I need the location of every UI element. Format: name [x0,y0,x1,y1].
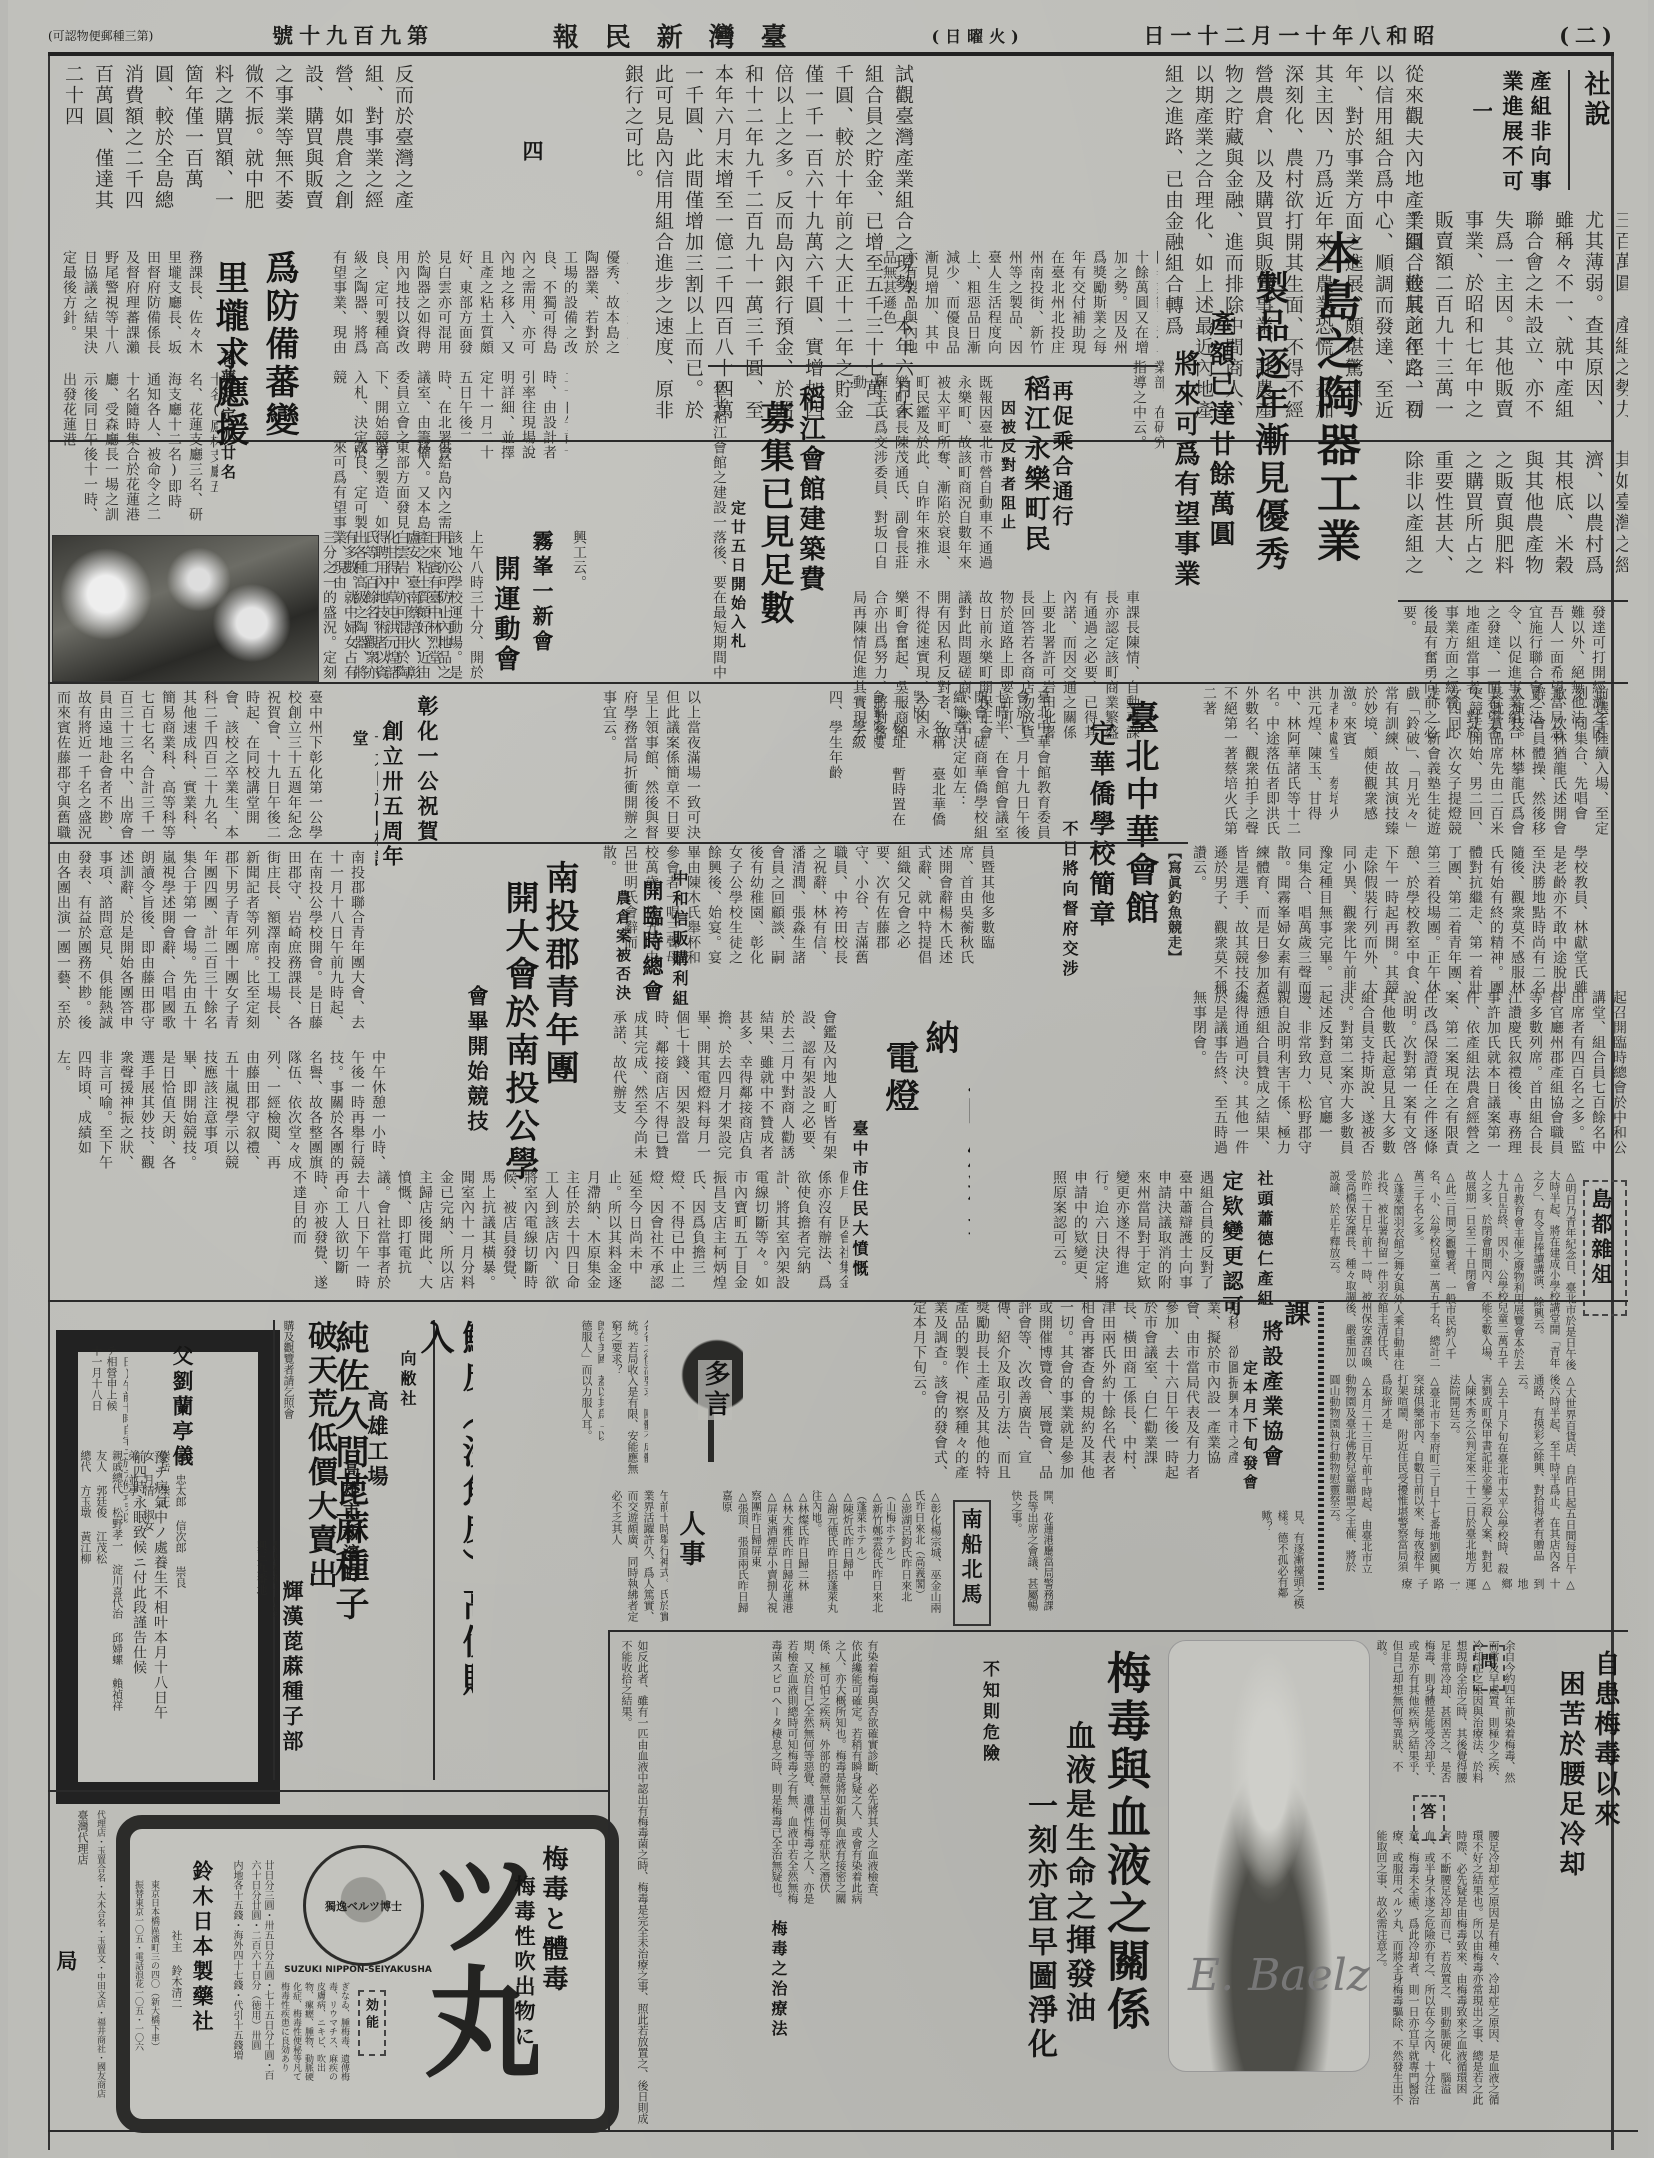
news-item: △臺北市下奎府町三丁目十七番地劉國興突球倶樂部內、自數日前以來、每夜殺牛打架喧鬧… [1378,1374,1442,1574]
ship-item: △謝元德氏昨日搭蓬萊丸往內地。 [813,1490,840,1620]
divider [708,365,1158,367]
syphilis-treatment-label: 梅毒之治療法 [768,1920,828,2040]
belz-price: 廿日分三圓・卅五日分五圓・七十五日分十圓・百六十日分廿圓・二百六十日分（徳用）卅… [248,1860,276,2080]
nantou-body-2: 中午休憩一小時、午後一時再舉行競技。事關於各團的名譽、故各整團旗隊伍、依次堂々成… [52,1050,452,1170]
tainan-body: 臺南市勸業課、近鑑時勢之推移、欲圖振興本市之產業、擬於市內設一產業協會、由市當局… [908,1300,1238,1490]
daojiang-body-1: 臺北稻江會館之建設一落後、要在最短期間中 [708,380,730,680]
belz-shipping: 内地各十五錢・海外四十七錢・代引十五錢増 [230,1860,246,2080]
editorial-section-one: 一 [1468,100,1492,140]
belz-local-agent: 臺中市 近田藥局 [52,1950,78,2140]
belz-phone: 振替東京一〇五・電話浪花一〇五・一〇六 [132,1880,148,2080]
ship-item: △林大雅氏昨日歸花蓮港 [781,1490,795,1620]
weekday: (日曜火) [932,24,1025,47]
news-item: △蓬萊閣羽衣館之舞女與外人乘自動車往北投、被北署拘留一件羽衣館主清任氏、於昨二十… [1326,1170,1406,1370]
daojiang-body-2: 費、尚不足五千圓在仰稻江有志之寄附、現由籌備委員之努力、及有志之勇躍寄附、已超過… [328,370,568,460]
farm-coop-body: 海山郡中和庄中和信用販賣購買利用組合爲定款變更、於去十八日午後二時起召開臨時總會… [1188,990,1628,1160]
wufeng-body: 大屯郡霧峯一新會第二回運動會、於去十九日上午八時三十分、開於該地公學校運動場。是… [318,530,483,680]
qa-headline: 自患梅毒以來 [1588,1650,1633,1850]
small-notes-3: 全島警察對於不景氣之改良策、於臺北州會議室召開、花蓮港廳當局警務課長等出席之會議… [1008,1490,1053,1620]
fish-skin-address: 高雄市新濱町 [338,1460,362,1640]
lighting-body: 臺中市內本島人町前沒有架設照明燈、商工協會鑑及內地人町皆有架設、認有架設之必要、… [608,1010,838,1160]
belz-seller: 鈴木日本製藥社 [188,1860,223,2080]
ship-news-label: 南船北馬 [953,1500,991,1626]
news-item: △山砲隊除隊兵百二十八名、於昨日午前十一時五十分、臺北驛發之列車、歸內地到驛歡送… [1498,1578,1578,1590]
divider [608,1630,1628,1632]
divider [1398,600,1628,602]
editorial-body-2: 分之一、再較於製糖會社之九百萬圓、農會之三百萬圓、產組之勢力尤其薄弱。查其原因、… [1398,210,1628,435]
daojiang-deck: 定廿五日開始入札 [728,500,752,700]
ship-item: △屏東酒煙草小賣捌人視察團昨日歸屏東 [752,1490,779,1620]
xiaoshan-body: 既報員林郡社頭蕭德仁土地利用販賣購買組合的定欵變更一案、去四月廿七日臨時總會、組… [1048,1170,1218,1300]
lighting-subhead: 會社切斷室內電燈 [878,1040,923,1290]
masthead: (可認物便郵種三第) 號十九百九第 報民新灣臺 (日曜火) 日一十二月一十年八和… [48,18,1618,52]
belz-seal-caption: SUZUKI NIPPON-SEIYAKUSHA [283,1965,433,1979]
seeds-seller: 輝漢萞蔴種子部 [278,1580,308,1780]
pottery-deck-2: 將來可爲有望事業 [1168,350,1208,680]
divider [1568,70,1570,190]
belz-tagline-2: 梅毒性吹出物に [510,1875,540,2075]
news-item: △明日乃青年紀念日、臺北市於是日午後大時半起、將在建成小學校講堂開「青年之夕」、… [1530,1170,1578,1370]
chinese-school-headline: 臺北中華會館 [1118,700,1168,960]
belz-efficacy: 梅毒、體毒、痔瘻、横痃、しつ瘡、ひぜ瘡、せぎなゐ、腫梅毒、遺傳梅毒、リウマチス、… [278,1982,353,2087]
bottom-rule [48,2130,1638,2132]
nantou-deck: 會畢開始競技 [463,985,493,1165]
section-divider [48,682,1628,684]
editorial-section-four: 四 [518,140,548,180]
wufeng-body-3: 提議競走四百米突、參加者林獻堂、蔡培火、洪元煌、陳玉、甘得中、林阿華諸氏等十二名… [1198,686,1338,836]
ship-item: △彰化楊宗城、巫金山兩氏昨日來北（高義閣） [916,1490,943,1620]
baelz-portrait [1168,1640,1370,2072]
pottery-headline: 本島之陶器工業 [1308,230,1388,660]
belz-efficacy-label: 効能 [358,1990,386,2056]
news-item: △去十月下旬在臺北市太平公學校時、殺害劉成町保甲書記莊金鑾之殺人案、對犯人陳木秀… [1446,1374,1510,1574]
nantou-headline: 南投郡青年團 [538,860,590,1200]
nantou-subhead: 開大會於南投公學 [498,880,543,1210]
belz-agents: 代理店・玉置合名・大木合名・玉置文・中田文店・福井商社・國友商店 [94,1810,112,2110]
item: 一、名稱 臺北華僑學校 [914,690,948,840]
dotted-rule [1318,1300,1324,1590]
island-news-label: 島都雜俎 [1583,1180,1627,1316]
news-item: △本月二十三日午前十時起、由臺北市立動物園及臺北佛教兒童聯盟之主催、將於圓山動物… [1326,1374,1374,1574]
editorial-body-3: 六十八萬、進步雖速、總額仍不多。總而言之、產組向事業之經營、因現在尚未開始之餘地… [1398,450,1628,590]
ship-item: △林燦氏昨日歸二林 [797,1490,811,1620]
news-item: △此三日間之觀覽者、一般市民約八千名、小、公學校兒童一萬五千名、總計二萬三千名之… [1410,1170,1458,1370]
yongle-body-1: 既報因臺北市營自動車不通過永樂町、故該町商況自數年來被太平町所奪、漸陷於衰退、町… [848,375,993,575]
item: 四、學生年齡 [828,690,845,840]
pottery-body-2: 中央研究所工業部、在研究指導之中云。 [1128,360,1164,460]
syphilis-body: 有染着梅毒與否欲確實診斷、必先將其人之血液檢查、依此纔能可確定。若稍有瞬身疑之人… [768,1640,973,1910]
chinese-school-subhead: 定華僑學校簡章 [1083,720,1123,980]
seeds-address: 豐原郡潭子庄聚興三九番地 [253,1540,277,1620]
ship-item: △新竹鄭雲從氏昨日來北（蓬萊ホテル） [857,1490,884,1620]
ship-item: △張頂、張頂兩氏昨日歸嘉原 [723,1490,750,1620]
wufeng-body-5: 學校教員、林獻堂氏雖是老齡亦不敢中途脫出至決勝地點時尚有二名隨後、觀衆莫不感服林… [1338,845,1628,995]
chinese-school-items: 一、名稱 臺北華僑學校 二、校址 暫時置在會館後樓 三、學級 四、學生年齡 [828,690,948,840]
hualien-deck: 花蓮決定派廿名 [218,350,244,490]
farm-coop-deck: 農倉案被否決 [613,890,637,1030]
personnel-item: △板橋街望族實業家劉蘭亭氏、爲宿痾喘息症、於去十八日逝世、享壽四十歲、現停柩在宅… [608,1490,668,1625]
divider [48,1790,608,1792]
belz-address: 東京日本橋區濱町三の四〇（新大橋下車） [148,1880,166,2080]
personnel-list: △板橋街望族實業家劉蘭亭氏、爲宿痾喘息症、於去十八日逝世、享壽四十歲、現停柩在宅… [608,1490,668,1625]
item: 三、學級 [851,690,868,840]
seeds-body: 最適於本島氣候成績優良之佐久間種低價分讓希望代購及觀覽者請乞照會 [280,1320,298,1580]
page-number: (二) [1559,20,1618,50]
ship-news-list: △彰化楊宗城、巫金山兩氏昨日來北（高義閣） △澎湖呂鈞氏昨日來北（山梅ホテル） … [723,1490,943,1620]
syphilis-headline: 梅毒與血液之關係 [1098,1650,1158,2070]
mourning-relatives: 男 忠太郎 信次郎 崇良 崇岳 崇正 女 月清 淑女 弟 並亭 親戚總代 松野孝… [78,1450,188,1740]
tainan-subhead: 將設產業協會 [1258,1320,1288,1490]
pottery-deck-1: 產額已達廿餘萬圓 [1203,310,1245,670]
island-news-list: △明日乃青年紀念日、臺北市於是日午後大時半起、將在建成小學校講堂開「青年之夕」、… [1288,1170,1578,1590]
lighting-deck: 臺中市住民大憤慨 [848,1120,876,1290]
yongle-subhead: 再促乘合通行 [1048,380,1084,580]
editorial-body-6: 反而於臺灣之產組、對事業之經營、如農倉之創設、購買與販賣之事業等無不萎微不振。就… [58,64,508,224]
pottery-body-3: 的陶器、北投庄、爲一般所賞優秀、故本島之陶器業、若對於工場的設備之改良、不獨可得… [328,250,628,365]
divider [48,842,1188,844]
daojiang-headline: 稻江會館建築費 [793,385,843,685]
wufeng-body-2: 前選手陸續入場、至定刻一同集合、先唱會歌、次林猶龍氏述開會辭、會員體操、然後移入… [1338,686,1628,836]
editorial-title: 產組非向事業進展不可 [1498,70,1564,210]
chinese-school-intro: 臺北中華會館教育委員會於十一月十九日午後七時半、在會館會議室開會、磋商華僑學校組… [948,690,1058,840]
pottery-body-1: 本島之陶器、年約消費百五十餘萬圓、其中多分是由內地移入的、每年由中國輸入約十餘萬… [878,250,1158,355]
lighting-body-2: 提出中止申込書。會社雖接其通知、亦不肯准其中止、所以料金滯納有三個月。因會社集金… [288,1170,848,1295]
syphilis-deck: 一刻亦宜早圖淨化 [1018,1790,1060,2140]
divider [608,1630,610,2130]
wufeng-body-4: 豫定種目無事完畢。一同集合、唱萬歲三聲而散。聞霧峯婦女素有訓練體育、而是日參加者… [1188,845,1338,995]
belz-owner: 社主 鈴木清二 [168,1930,186,2080]
ornament-label: 多言 [698,1360,738,1470]
photo-fishing-race [52,535,319,682]
fish-skin-company: 合同水產工業株式會社 高雄工場 [363,1390,393,1650]
belz-tagline-1: 梅毒と體毒 [536,1845,576,2065]
daojiang-body-3: 興工云。 [568,530,592,610]
syphilis-subhead: 血液是生命之揮發油 [1056,1720,1101,2140]
hualien-headline: 爲防備蕃變 [258,250,318,450]
hualien-body-3: 是以花蓮港廳警務課同日午後五時決定派遣二十名(鳳林支廳五名、花蓮支廳三名、研海支… [58,372,218,522]
news-item: △大世界百貨店、自昨日起五日間每日午後六時半起、至十時半爲止、在其店內各通路、有… [1514,1374,1578,1574]
yongle-deck: 因被反對者阻止 [998,400,1026,560]
personnel-label: 人事 [673,1510,713,1630]
newspaper-page: (可認物便郵種三第) 號十九百九第 報民新灣臺 (日曜火) 日一十二月一十年八和… [8,0,1648,2158]
farm-coop-subhead: 開臨時總會 [638,880,668,1020]
chinese-school-closing: 以上當夜滿場一致可決但此議案係簡章不日要呈上領事館、然後與督府學務當局折衝開辦之… [598,690,708,840]
news-item: △市教育會主催之廢物利用展覽會本於去十九日告終、因小、公學校兒童二萬五千人之多、… [1462,1170,1526,1370]
section-divider [48,1300,1628,1302]
tainan-deck: 定本月下旬發會 [1240,1360,1262,1510]
fish-skin-sub: ◎特約店募集委細請向敝社 [396,1350,420,1550]
belz-portrait-seal: 獨逸ベルツ博士 [303,1845,424,1966]
pottery-subhead: 製品逐年漸見優秀 [1248,270,1308,670]
portrait-signature: E. Baelz [1188,1950,1370,2001]
farm-coop-headline: 中和信販購利組 [668,870,694,1010]
issue-number: 號十九百九第 [272,20,434,50]
qa-answer: 腰足冷却症之原因是有種々、冷却症之原因、是血液之循環不好之結果也。所以由梅毒亦常… [1373,1830,1628,2110]
ship-item: △陳炘氏昨日歸中 [842,1490,856,1620]
postal-note: (可認物便郵種三第) [48,27,153,44]
ship-item: △澎湖呂鈞氏昨日來北（山梅ホテル） [887,1490,914,1620]
changhua-body: 臺中州下彰化第一公學校創立三十五週年紀念祝賀會、十九日午後二時起、在同校講堂開會… [52,690,342,840]
mourning-date: 十一月十八日 [88,1345,104,1445]
fish-skin-headline: 鱶皮（沙魚皮）高價購入 [413,1320,473,1720]
small-notes-2: 要因斯坦博士前往德國、旣在美國、蓋以其爲「以德服人」而以力服人耳。 [578,1320,604,1450]
wufeng-subhead: 開運動會 [488,555,528,685]
issue-date: 日一十二月一十年八和昭 [1143,20,1440,50]
chinese-school-deck: 不日將向督府交涉 [1058,820,1082,990]
hualien-body-1: 關於襲擊臺東廳里壠支廳逢坂駐在所之兇行蕃人今後之膺懲方針、淺野臺東警務課長、佐々… [58,250,208,360]
newspaper-title: 報民新灣臺 [553,17,813,54]
syphilis-warning-label: 不知則危險 [978,1660,1008,1770]
nantou-body: 南投郡聯合青年團大會、去十一月十八日午前九時起、在南投公學校開會。是日藤田郡守、… [52,850,452,1040]
editorial-label: 社說 [1578,70,1628,190]
xiaoshan-headline: 社頭蕭德仁產組 [1253,1170,1279,1340]
qa-question: 余自今約四年前染着梅毒、然而當及早處置、則極少之疾、冷却症之原因與治療法、於料想… [1373,1640,1543,1790]
daojiang-subhead: 募集已見足數 [753,400,798,700]
belz-local-agent-label: 臺灣代理店 [74,1810,92,1920]
small-notes-1: 各省之復活要求、團體不成體統。若局收入是有限、安能應無窮之要求？ [608,1320,648,1480]
changhua-headline: 彰化一公祝賀 [413,695,453,845]
news-item: △市內北門町七番地安座上之貨物自動車運轉手許金錢(二四)於二十日午前十一時四十五… [1398,1578,1494,1590]
small-notes-4: 於意國之法西斯黨內、聯盟脫退之意見、有逐漸擡頭之模樣。德不孤必有鄰歟？ [1258,1510,1308,1610]
wufeng-headline: 霧峯一新會 [528,530,568,670]
syphilis-body-2: 如反此者、雖有一匹由血液中認出有梅毒菌之時、梅毒是完全未治療之事、照此若放置之、… [618,1640,758,2130]
item: 二、校址 暫時置在會館後樓 [874,690,908,840]
changhua-subhead: 創立卅五周年 [378,720,414,870]
lighting-headline: 因照明燈料滯納 [918,1020,970,1270]
